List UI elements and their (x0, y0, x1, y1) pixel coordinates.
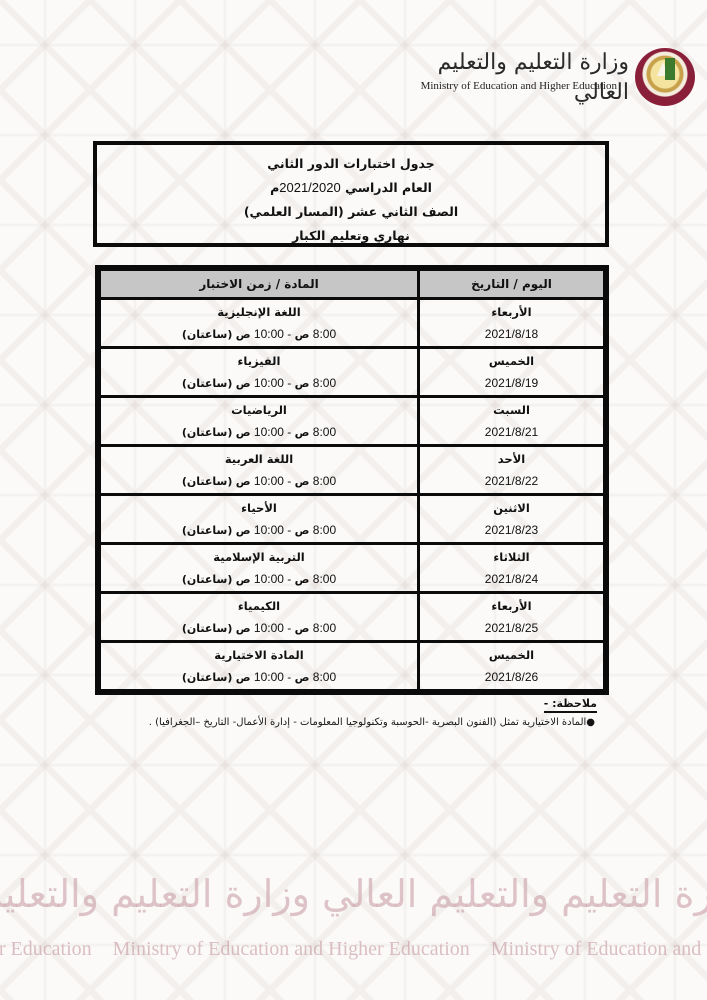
footer-watermark-arabic: وزارة التعليم والتعليم العالي وزارة التع… (0, 872, 707, 916)
day-date-cell: السبت 2021/8/21 (419, 397, 605, 446)
end-am: ص (236, 475, 251, 488)
day-name: السبت (420, 399, 603, 421)
academic-year-value: 2021/2020 (279, 180, 340, 195)
end-am: ص (236, 573, 251, 586)
duration: (ساعتان) (182, 524, 233, 537)
start-time: 8:00 (313, 523, 336, 537)
table-row: الأربعاء 2021/8/25 الكيمياء 8:00 ص - 10:… (100, 593, 605, 642)
subject-name: اللغة الإنجليزية (101, 301, 417, 323)
table-row: الأربعاء 2021/8/18 اللغة الإنجليزية 8:00… (100, 299, 605, 348)
subject-time-cell: اللغة الإنجليزية 8:00 ص - 10:00 ص (ساعتا… (100, 299, 419, 348)
start-am: ص (295, 671, 310, 684)
exam-time: 8:00 ص - 10:00 ص (ساعتان) (101, 421, 417, 444)
footer-watermark-english: her Education Ministry of Education and … (0, 938, 707, 961)
title-line-2: العام الدراسي 2021/2020م (97, 176, 605, 200)
exam-time: 8:00 ص - 10:00 ص (ساعتان) (101, 617, 417, 640)
end-time: 10:00 (254, 474, 284, 488)
exam-time: 8:00 ص - 10:00 ص (ساعتان) (101, 470, 417, 493)
duration: (ساعتان) (182, 328, 233, 341)
qatar-ministry-emblem-icon (635, 48, 695, 106)
subject-name: الأحياء (101, 497, 417, 519)
title-line-4: نهاري وتعليم الكبار (97, 224, 605, 248)
start-time: 8:00 (313, 572, 336, 586)
start-time: 8:00 (313, 474, 336, 488)
start-am: ص (295, 573, 310, 586)
start-am: ص (295, 524, 310, 537)
table-row: الخميس 2021/8/19 الفيزياء 8:00 ص - 10:00… (100, 348, 605, 397)
subject-name: الرياضيات (101, 399, 417, 421)
note-title: ملاحظة: - (544, 696, 597, 713)
end-time: 10:00 (254, 425, 284, 439)
watermark-segment: her Education (0, 938, 92, 960)
time-dash: - (287, 670, 291, 684)
palm-tree-icon (668, 64, 672, 80)
subject-time-cell: اللغة العربية 8:00 ص - 10:00 ص (ساعتان) (100, 446, 419, 495)
title-line-3: الصف الثاني عشر (المسار العلمي) (97, 200, 605, 224)
start-time: 8:00 (313, 425, 336, 439)
day-date-cell: الاثنين 2021/8/23 (419, 495, 605, 544)
exam-time: 8:00 ص - 10:00 ص (ساعتان) (101, 666, 417, 689)
end-time: 10:00 (254, 572, 284, 586)
duration: (ساعتان) (182, 573, 233, 586)
end-time: 10:00 (254, 376, 284, 390)
exam-schedule-table: اليوم / التاريخ المادة / زمن الاختبار ال… (95, 265, 609, 695)
end-time: 10:00 (254, 327, 284, 341)
end-am: ص (236, 524, 251, 537)
end-am: ص (236, 426, 251, 439)
day-date-cell: الخميس 2021/8/19 (419, 348, 605, 397)
exam-date: 2021/8/22 (420, 470, 603, 492)
time-dash: - (287, 621, 291, 635)
start-time: 8:00 (313, 670, 336, 684)
subject-time-cell: الأحياء 8:00 ص - 10:00 ص (ساعتان) (100, 495, 419, 544)
table-header-row: اليوم / التاريخ المادة / زمن الاختبار (100, 270, 605, 299)
subject-name: الكيمياء (101, 595, 417, 617)
end-time: 10:00 (254, 523, 284, 537)
note-text: ●المادة الاختيارية تمثل (الفنون البصرية … (90, 715, 597, 731)
start-am: ص (295, 377, 310, 390)
time-dash: - (287, 376, 291, 390)
subject-time-cell: الرياضيات 8:00 ص - 10:00 ص (ساعتان) (100, 397, 419, 446)
day-name: الثلاثاء (420, 546, 603, 568)
day-name: الاثنين (420, 497, 603, 519)
start-am: ص (295, 475, 310, 488)
day-name: الأحد (420, 448, 603, 470)
day-date-cell: الأربعاء 2021/8/25 (419, 593, 605, 642)
day-name: الأربعاء (420, 595, 603, 617)
exam-date: 2021/8/23 (420, 519, 603, 541)
duration: (ساعتان) (182, 475, 233, 488)
day-name: الأربعاء (420, 301, 603, 323)
exam-date: 2021/8/19 (420, 372, 603, 394)
day-date-cell: الأربعاء 2021/8/18 (419, 299, 605, 348)
time-dash: - (287, 572, 291, 586)
exam-date: 2021/8/24 (420, 568, 603, 590)
exam-time: 8:00 ص - 10:00 ص (ساعتان) (101, 372, 417, 395)
note-section: ملاحظة: - ●المادة الاختيارية تمثل (الفنو… (90, 692, 597, 731)
duration: (ساعتان) (182, 671, 233, 684)
exam-time: 8:00 ص - 10:00 ص (ساعتان) (101, 323, 417, 346)
watermark-segment: Ministry of Education and Hig (491, 938, 707, 960)
time-dash: - (287, 327, 291, 341)
start-time: 8:00 (313, 376, 336, 390)
exam-date: 2021/8/26 (420, 666, 603, 688)
title-line-1: جدول اختبارات الدور الثاني (97, 152, 605, 176)
end-am: ص (236, 328, 251, 341)
subject-time-cell: المادة الاختيارية 8:00 ص - 10:00 ص (ساعت… (100, 642, 419, 691)
ministry-name-arabic: وزارة التعليم والتعليم العالي (409, 48, 629, 108)
exam-date: 2021/8/21 (420, 421, 603, 443)
table-row: الأحد 2021/8/22 اللغة العربية 8:00 ص - 1… (100, 446, 605, 495)
day-date-cell: الأحد 2021/8/22 (419, 446, 605, 495)
start-am: ص (295, 328, 310, 341)
time-dash: - (287, 474, 291, 488)
subject-name: المادة الاختيارية (101, 644, 417, 666)
header-subject-time: المادة / زمن الاختبار (100, 270, 419, 299)
subject-name: اللغة العربية (101, 448, 417, 470)
day-name: الخميس (420, 350, 603, 372)
end-am: ص (236, 622, 251, 635)
subject-name: الفيزياء (101, 350, 417, 372)
subject-time-cell: الكيمياء 8:00 ص - 10:00 ص (ساعتان) (100, 593, 419, 642)
exam-time: 8:00 ص - 10:00 ص (ساعتان) (101, 568, 417, 591)
duration: (ساعتان) (182, 622, 233, 635)
start-time: 8:00 (313, 621, 336, 635)
end-time: 10:00 (254, 670, 284, 684)
end-am: ص (236, 671, 251, 684)
schedule-title-box: جدول اختبارات الدور الثاني العام الدراسي… (93, 141, 609, 247)
day-date-cell: الخميس 2021/8/26 (419, 642, 605, 691)
time-dash: - (287, 425, 291, 439)
duration: (ساعتان) (182, 426, 233, 439)
academic-year-label: العام الدراسي (345, 180, 432, 195)
subject-name: التربية الإسلامية (101, 546, 417, 568)
start-time: 8:00 (313, 327, 336, 341)
header-day-date: اليوم / التاريخ (419, 270, 605, 299)
subject-time-cell: التربية الإسلامية 8:00 ص - 10:00 ص (ساعت… (100, 544, 419, 593)
exam-date: 2021/8/18 (420, 323, 603, 345)
start-am: ص (295, 622, 310, 635)
end-am: ص (236, 377, 251, 390)
table-row: الثلاثاء 2021/8/24 التربية الإسلامية 8:0… (100, 544, 605, 593)
day-name: الخميس (420, 644, 603, 666)
table-row: السبت 2021/8/21 الرياضيات 8:00 ص - 10:00… (100, 397, 605, 446)
exam-date: 2021/8/25 (420, 617, 603, 639)
exam-time: 8:00 ص - 10:00 ص (ساعتان) (101, 519, 417, 542)
ministry-name-english: Ministry of Education and Higher Educati… (421, 80, 617, 92)
time-dash: - (287, 523, 291, 537)
watermark-segment: Ministry of Education and Higher Educati… (113, 938, 470, 960)
duration: (ساعتان) (182, 377, 233, 390)
table-row: الخميس 2021/8/26 المادة الاختيارية 8:00 … (100, 642, 605, 691)
academic-year-suffix: م (270, 180, 279, 195)
subject-time-cell: الفيزياء 8:00 ص - 10:00 ص (ساعتان) (100, 348, 419, 397)
end-time: 10:00 (254, 621, 284, 635)
ministry-logo: وزارة التعليم والتعليم العالي Ministry o… (405, 48, 695, 106)
day-date-cell: الثلاثاء 2021/8/24 (419, 544, 605, 593)
table-row: الاثنين 2021/8/23 الأحياء 8:00 ص - 10:00… (100, 495, 605, 544)
start-am: ص (295, 426, 310, 439)
